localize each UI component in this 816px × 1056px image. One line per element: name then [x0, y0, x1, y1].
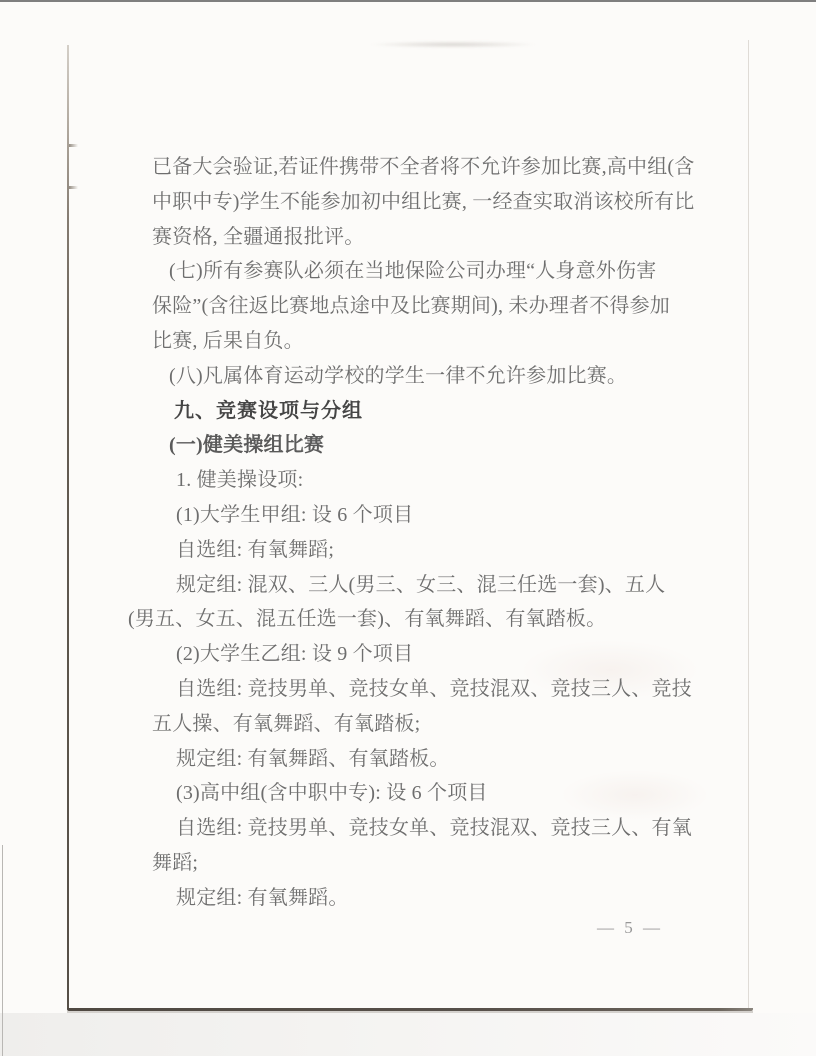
text-line: (八)凡属体育运动学校的学生一律不允许参加比赛。 — [0, 359, 816, 394]
text-line: 已备大会验证,若证件携带不全者将不允许参加比赛,高中组(含 — [0, 150, 816, 185]
text-line: 规定组: 有氧舞蹈、有氧踏板。 — [0, 742, 816, 777]
subsection-heading: (一)健美操组比赛 — [0, 428, 816, 463]
scan-top-border — [0, 0, 816, 2]
text-line: (1)大学生甲组: 设 6 个项目 — [0, 498, 816, 533]
text-line: 赛资格, 全疆通报批评。 — [0, 220, 816, 255]
text-line: 规定组: 混双、三人(男三、女三、混三任选一套)、五人 — [0, 568, 816, 603]
text-line: 比赛, 后果自负。 — [0, 324, 816, 359]
scanner-background — [0, 1013, 816, 1056]
text-line: 保险”(含往返比赛地点途中及比赛期间), 未办理者不得参加 — [0, 289, 816, 324]
text-line: (3)高中组(含中职中专): 设 6 个项目 — [0, 776, 816, 811]
page-number: — 5 — — [575, 913, 685, 943]
text-line: 中职中专)学生不能参加初中组比赛, 一经查实取消该校所有比 — [0, 185, 816, 220]
scanned-document-page: 已备大会验证,若证件携带不全者将不允许参加比赛,高中组(含 中职中专)学生不能参… — [0, 0, 816, 1056]
scan-smudge — [368, 41, 538, 48]
text-line: 五人操、有氧舞蹈、有氧踏板; — [0, 707, 816, 742]
section-heading: 九、竞赛设项与分组 — [0, 394, 816, 429]
text-line: 自选组: 有氧舞蹈; — [0, 533, 816, 568]
text-line: 自选组: 竞技男单、竞技女单、竞技混双、竞技三人、有氧 — [0, 811, 816, 846]
page-bottom-shadow — [67, 1011, 753, 1013]
text-line: 自选组: 竞技男单、竞技女单、竞技混双、竞技三人、竞技 — [0, 672, 816, 707]
text-line: (七)所有参赛队必须在当地保险公司办理“人身意外伤害 — [0, 254, 816, 289]
text-line: 规定组: 有氧舞蹈。 — [0, 881, 816, 916]
page-edge-notch — [69, 144, 78, 147]
text-line: 1. 健美操设项: — [0, 463, 816, 498]
text-line: (2)大学生乙组: 设 9 个项目 — [0, 637, 816, 672]
document-body: 已备大会验证,若证件携带不全者将不允许参加比赛,高中组(含 中职中专)学生不能参… — [0, 150, 816, 916]
text-line: 舞蹈; — [0, 846, 816, 881]
text-line: (男五、女五、混五任选一套)、有氧舞蹈、有氧踏板。 — [0, 602, 816, 637]
